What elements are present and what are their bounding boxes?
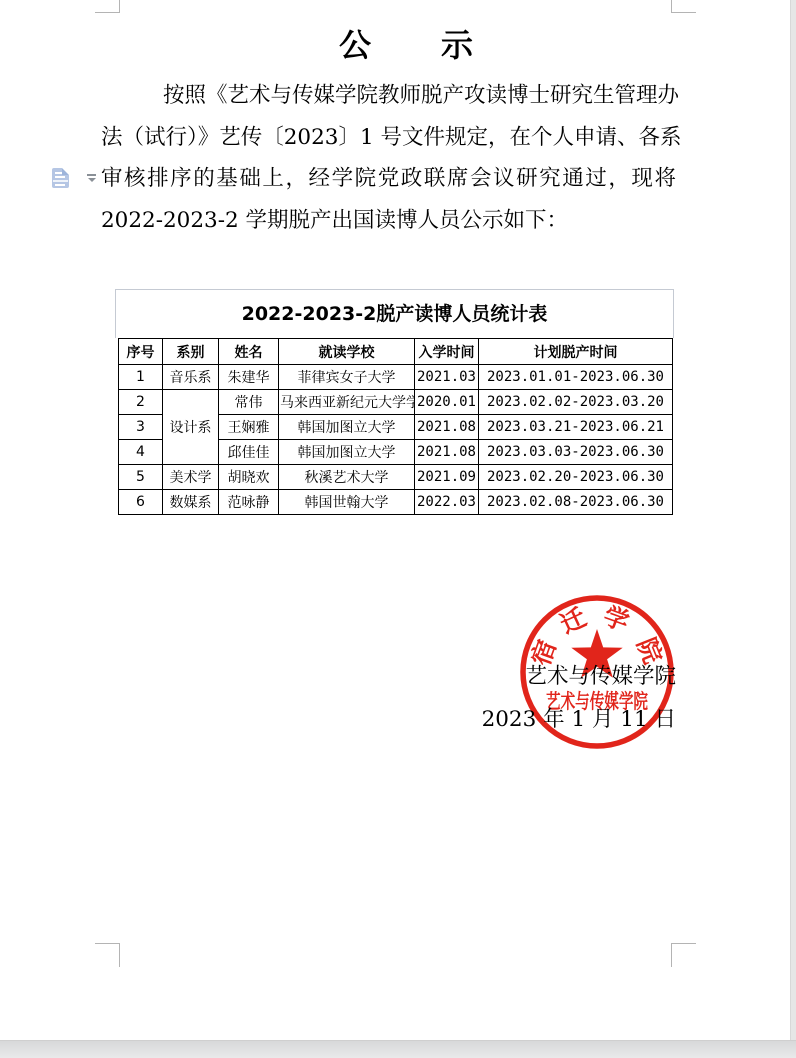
body-line: 2022-2023-2 学期脱产出国读博人员公示如下： (101, 200, 676, 242)
cell-enroll: 2022.03 (415, 490, 479, 515)
page-title: 公 示 (101, 24, 676, 66)
text-boundary-mark-top-right (671, 0, 696, 13)
cell-school: 马来西亚新纪元大学学院 (279, 390, 415, 415)
cell-name: 王娴雅 (219, 415, 279, 440)
chevron-down-icon[interactable] (87, 174, 97, 183)
col-header-no: 序号 (119, 339, 163, 365)
col-header-school: 就读学校 (279, 339, 415, 365)
cell-no: 3 (119, 415, 163, 440)
stat-table-grid: 序号 系别 姓名 就读学校 入学时间 计划脱产时间 1 音乐系 朱建华 菲律宾女… (118, 338, 673, 515)
cell-name: 胡晓欢 (219, 465, 279, 490)
table-row: 5 美术学 胡晓欢 秋溪艺术大学 2021.09 2023.02.20-2023… (119, 465, 673, 490)
cell-no: 6 (119, 490, 163, 515)
cell-dept: 美术学 (163, 465, 219, 490)
cell-enroll: 2021.03 (415, 365, 479, 390)
table-title: 2022-2023-2脱产读博人员统计表 (115, 289, 674, 338)
body-paragraph: 按照《艺术与传媒学院教师脱产攻读博士研究生管理办 法（试行）》艺传〔2023〕1… (101, 75, 676, 241)
cell-name: 朱建华 (219, 365, 279, 390)
col-header-plan: 计划脱产时间 (479, 339, 673, 365)
cell-name: 常伟 (219, 390, 279, 415)
document-page: { "window": { "page_bg": "#ffffff", "out… (0, 0, 796, 1058)
text-boundary-mark-bottom-left (95, 943, 120, 967)
cell-plan: 2023.03.21-2023.06.21 (479, 415, 673, 440)
table-header-row: 序号 系别 姓名 就读学校 入学时间 计划脱产时间 (119, 339, 673, 365)
cell-school: 韩国世翰大学 (279, 490, 415, 515)
cell-school: 秋溪艺术大学 (279, 465, 415, 490)
cell-no: 4 (119, 440, 163, 465)
stat-table: 2022-2023-2脱产读博人员统计表 序号 系别 姓名 就读学校 入学时间 … (115, 289, 674, 515)
col-header-dept: 系别 (163, 339, 219, 365)
cell-enroll: 2021.09 (415, 465, 479, 490)
text-boundary-mark-top-left (95, 0, 120, 13)
seal-ring (523, 598, 671, 746)
cell-plan: 2023.02.20-2023.06.30 (479, 465, 673, 490)
cell-dept: 数媒系 (163, 490, 219, 515)
cell-plan: 2023.03.03-2023.06.30 (479, 440, 673, 465)
col-header-name: 姓名 (219, 339, 279, 365)
cell-name: 范咏静 (219, 490, 279, 515)
body-line: 按照《艺术与传媒学院教师脱产攻读博士研究生管理办 (101, 75, 676, 117)
paste-options-icon (52, 168, 69, 188)
cell-no: 2 (119, 390, 163, 415)
page-right-edge (790, 0, 796, 1040)
cell-enroll: 2021.08 (415, 415, 479, 440)
cell-no: 1 (119, 365, 163, 390)
text-boundary-mark-bottom-right (671, 943, 696, 967)
cell-school: 韩国加图立大学 (279, 415, 415, 440)
table-row: 6 数媒系 范咏静 韩国世翰大学 2022.03 2023.02.08-2023… (119, 490, 673, 515)
cell-plan: 2023.02.02-2023.03.20 (479, 390, 673, 415)
cell-dept-merged: 设计系 (163, 390, 219, 465)
body-line: 法（试行）》艺传〔2023〕1 号文件规定，在个人申请、各系 (101, 117, 676, 159)
cell-name: 邱佳佳 (219, 440, 279, 465)
cell-dept: 音乐系 (163, 365, 219, 390)
official-seal-stamp: 宿 迁 学 院 艺术与传媒学院 (516, 591, 678, 753)
col-header-enroll: 入学时间 (415, 339, 479, 365)
cell-enroll: 2021.08 (415, 440, 479, 465)
star-icon (571, 629, 622, 678)
seal-inner-text: 艺术与传媒学院 (546, 689, 648, 713)
paste-options-button[interactable] (50, 165, 100, 191)
cell-school: 韩国加图立大学 (279, 440, 415, 465)
body-line: 审核排序的基础上，经学院党政联席会议研究通过，现将 (101, 158, 676, 200)
table-row: 1 音乐系 朱建华 菲律宾女子大学 2021.03 2023.01.01-202… (119, 365, 673, 390)
cell-plan: 2023.02.08-2023.06.30 (479, 490, 673, 515)
cell-enroll: 2020.01 (415, 390, 479, 415)
cell-plan: 2023.01.01-2023.06.30 (479, 365, 673, 390)
cell-no: 5 (119, 465, 163, 490)
page-bottom-edge (0, 1040, 796, 1058)
cell-school: 菲律宾女子大学 (279, 365, 415, 390)
table-row: 2 设计系 常伟 马来西亚新纪元大学学院 2020.01 2023.02.02-… (119, 390, 673, 415)
